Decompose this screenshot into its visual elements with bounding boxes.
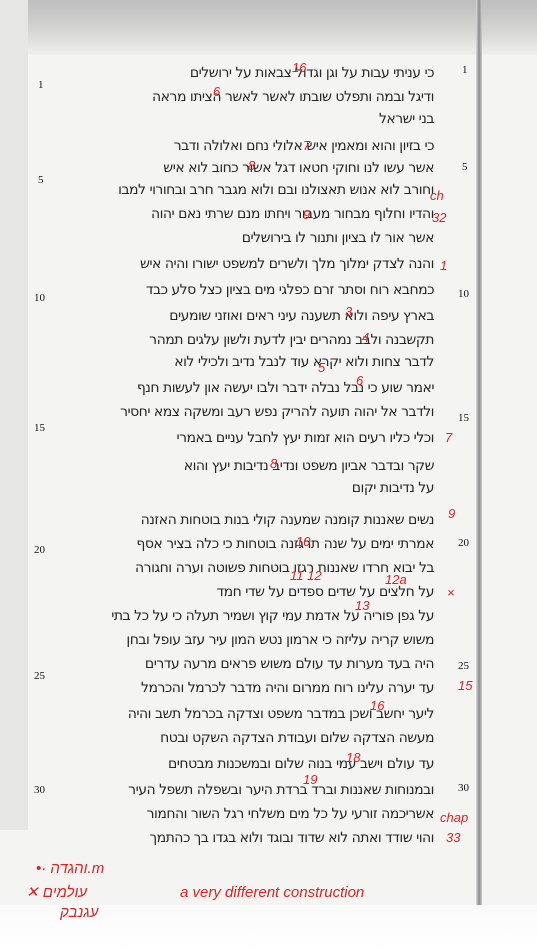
manuscript-line: והנה לצדק ימלוך מלך ולשרים למשפט ישורו ו… [62, 256, 434, 272]
verse-annotation: 6 [356, 373, 363, 388]
manuscript-line: ובמנוחות שאננות וברד ברדת היער ובשפלה תש… [62, 782, 434, 798]
line-number-right: 30 [458, 782, 469, 794]
verse-annotation: 7 [445, 430, 452, 445]
manuscript-line: תקשבנה ולבב נמהרים יבין לדעת ולשון עלגים… [62, 332, 434, 348]
manuscript-line: עד עולם וישב עמי בנוה שלום ובמשכנות מבטח… [62, 756, 434, 772]
verse-annotation: 8 [270, 456, 277, 471]
verse-annotation: 11 12 [290, 568, 322, 583]
handwritten-note: ✕ עולמים [26, 883, 87, 901]
manuscript-scan: שתאהיאעעעשויתותאשאעשותהואאועישועוע כי ענ… [0, 0, 537, 950]
line-number-left: 15 [34, 422, 45, 434]
verse-annotation: 7 [303, 138, 310, 153]
manuscript-line: על גפן פוריה על אדמת עמי קוץ ושמיר תעלה … [62, 608, 434, 624]
line-number-left: 1 [38, 79, 44, 91]
verse-annotation: 19 [303, 772, 317, 787]
manuscript-line: נשים שאננות קומנה שמענה קולי בנות בוטחות… [62, 512, 434, 528]
verse-annotation: 5 [318, 360, 325, 375]
manuscript-line: כמחבא רוח וסתר זרם כפלגי מים בציון כצל ס… [62, 282, 434, 298]
manuscript-line: בל יבוא חרדו שאננות רגזו בוטחות פשוטה וע… [62, 560, 434, 576]
line-number-right: 20 [458, 537, 469, 549]
manuscript-line: כי בזיון והוא ומאמין איש אלולי נחם ואלול… [62, 138, 434, 154]
line-number-left: 20 [34, 544, 45, 556]
manuscript-line: היה בעד מערות עד עולם משוש פראים מרעה עד… [62, 656, 434, 672]
manuscript-line: ולדבר אל יהוה תועה להריק נפש רעב ומשקה צ… [62, 404, 434, 420]
verse-annotation: 9 [303, 207, 310, 222]
manuscript-line: על חלצים על שדים ספדים על שדי חמד [62, 584, 434, 600]
manuscript-line: וחורב לוא אנוש תאצולנו ובם ולוא מגבר חרב… [62, 182, 434, 198]
manuscript-line: והדיו וחלוף מבחור מעבור ויחתו מנם שרתי נ… [62, 206, 434, 222]
verse-annotation: 1 [440, 258, 447, 273]
manuscript-line: ודיגל ובמה ותפלט שובתו לאשר לאשר הציתו מ… [62, 89, 434, 105]
manuscript-line: וכלי כליו רעים הוא זמות יעץ לחבל עניים ב… [62, 430, 434, 446]
verse-annotation: 8 [248, 158, 255, 173]
manuscript-line: יאמר שוע כי נבל נבלה ידבר ולבו יעשה און … [62, 380, 434, 396]
line-number-right: 25 [458, 660, 469, 672]
manuscript-line: שקר ובדבר אביון משפט ונדיב נדיבות יעץ וה… [62, 458, 434, 474]
verse-annotation: × [447, 585, 455, 600]
manuscript-line: אשריכמה זורעי על כל מים משלחי רגל השור ו… [62, 806, 434, 822]
manuscript-line: אשר אור לו בציון ותנור לו בירושלים [62, 230, 434, 246]
verse-annotation: 4 [362, 330, 369, 345]
manuscript-line: מעשה הצדקה שלום ועבודת הצדקה השקט ובטח [62, 730, 434, 746]
scroll-top-edge [0, 0, 537, 55]
verse-annotation: 12a [385, 572, 407, 587]
handwritten-note: •· והגדה.m [36, 860, 104, 877]
verse-annotation: 16 [292, 60, 306, 75]
line-number-left: 5 [38, 174, 44, 186]
verse-annotation: 32 [432, 210, 446, 225]
manuscript-line: והוי שודד ואתה לוא שדוד ובוגד ולוא בגדו … [62, 830, 434, 846]
adjacent-left-column-strip [0, 0, 28, 830]
verse-annotation: chap [440, 810, 468, 825]
verse-annotation: 9 [448, 506, 455, 521]
verse-annotation: 10 [296, 534, 310, 549]
verse-annotation: 3 [345, 304, 352, 319]
line-number-left: 10 [34, 292, 45, 304]
verse-annotation: 18 [346, 750, 360, 765]
manuscript-line: אמרתי ימים על שנה תרגזנה בוטחות כי כלה ב… [62, 536, 434, 552]
verse-annotation: ch [430, 188, 444, 203]
verse-annotation: 16 [370, 698, 384, 713]
line-number-right: 10 [458, 288, 469, 300]
manuscript-line: עד יערה עלינו רוח ממרום והיה מדבר לכרמל … [62, 680, 434, 696]
verse-annotation: 6 [213, 84, 220, 99]
handwritten-note: עגנבק [60, 904, 98, 921]
line-number-left: 30 [34, 784, 45, 796]
verse-annotation: 33 [446, 830, 460, 845]
verse-annotation: 15 [458, 678, 472, 693]
verse-annotation: 13 [355, 598, 369, 613]
scroll-seam [476, 0, 482, 940]
handwritten-note: a very different construction [180, 884, 364, 901]
manuscript-line: לדבר צחות ולוא יקרא עוד לנבל נדיב ולכילי… [62, 354, 434, 370]
manuscript-line: בני ישראל [62, 111, 434, 127]
line-number-right: 1 [462, 64, 468, 76]
line-number-right: 15 [458, 412, 469, 424]
manuscript-line: בארץ עיפה ולוא תשענה עיני ראים ואוזני שו… [62, 308, 434, 324]
manuscript-line: על נדיבות יקום [62, 480, 434, 496]
line-number-left: 25 [34, 670, 45, 682]
line-number-right: 5 [462, 161, 468, 173]
manuscript-line: כי עניתי עבות על וגן וגדול צבאות על ירוש… [62, 65, 434, 81]
manuscript-line: משוש קריה עליזה כי ארמון נטש המון עיר עז… [62, 632, 434, 648]
